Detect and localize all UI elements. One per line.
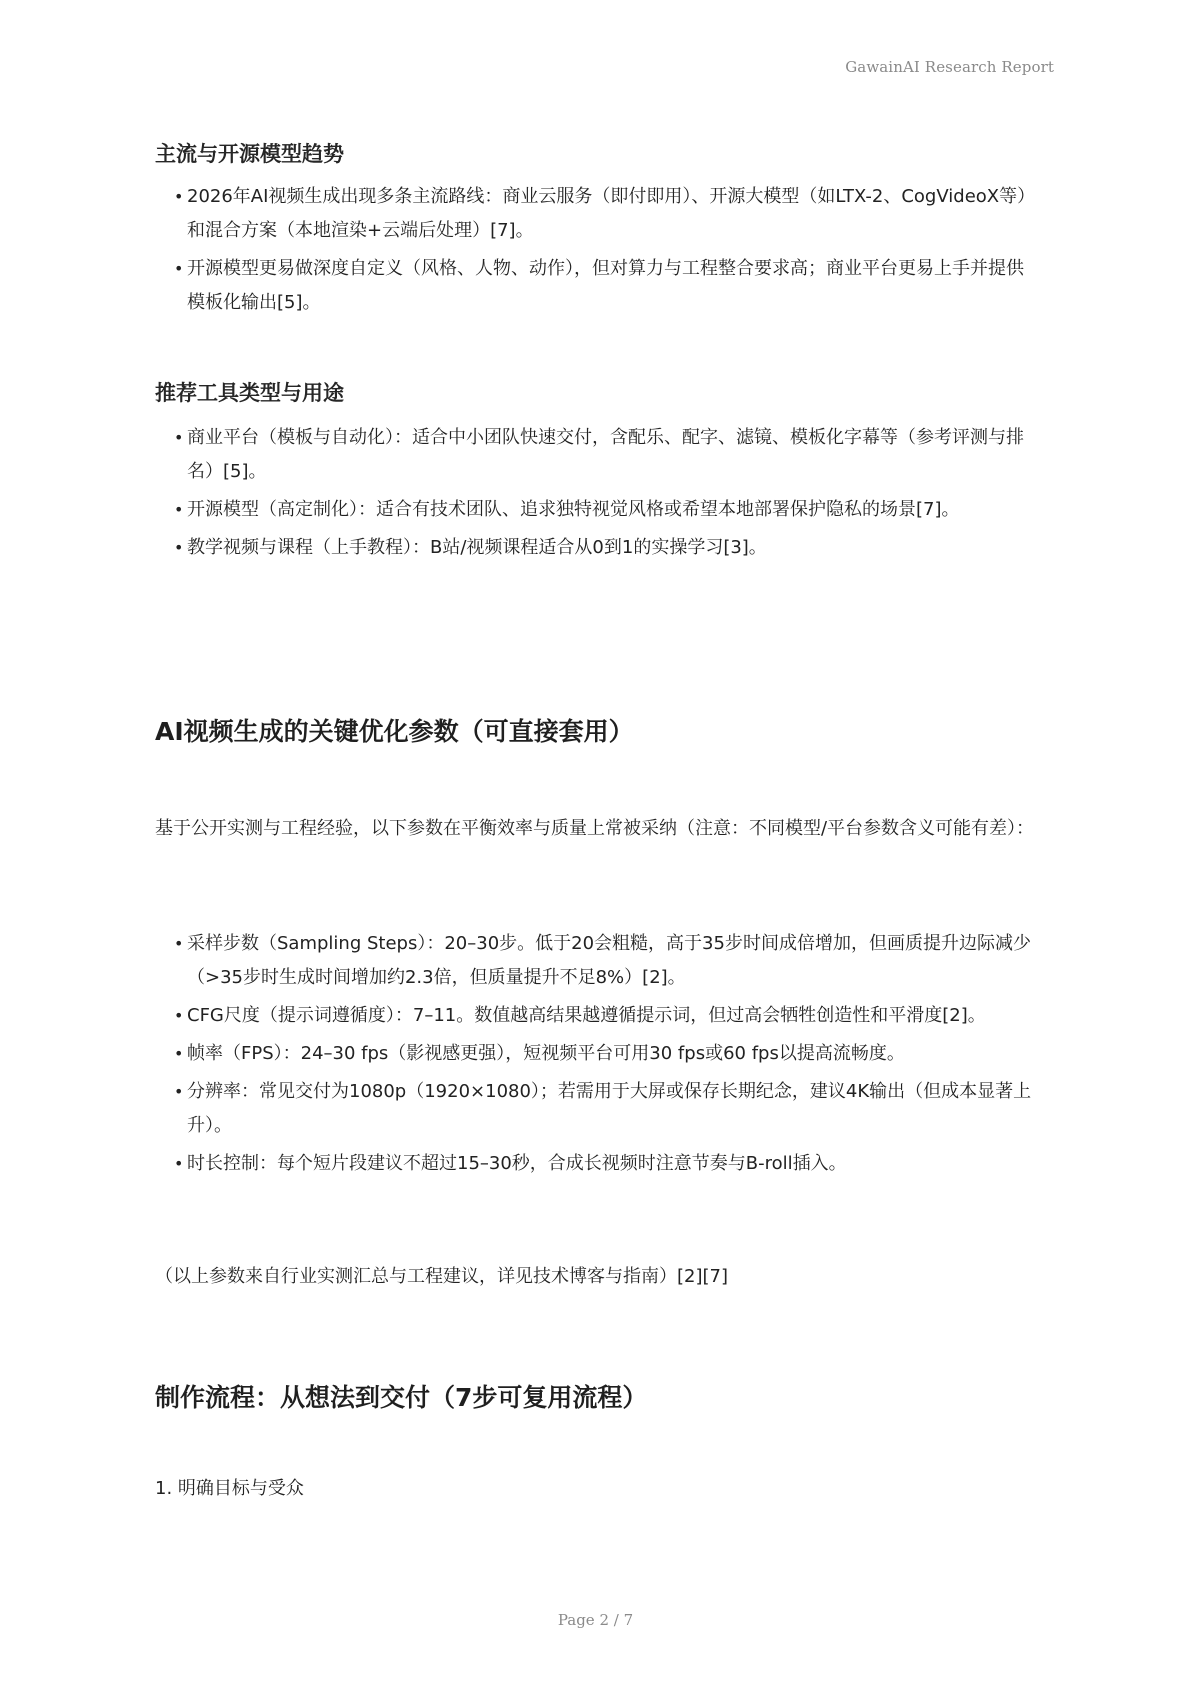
list-item: •分辨率：常见交付为1080p（1920×1080）；若需用于大屏或保存长期纪念… [155,1075,1035,1143]
bullet-icon: • [174,180,183,214]
running-header: GawainAI Research Report [845,58,1054,76]
bullet-icon: • [174,927,183,961]
list-item: •2026年AI视频生成出现多条主流路线：商业云服务（即付即用）、开源大模型（如… [155,180,1035,248]
list-item: •CFG尺度（提示词遵循度）：7–11。数值越高结果越遵循提示词，但过高会牺牲创… [155,999,1035,1033]
bullet-icon: • [174,1037,183,1071]
bullet-icon: • [174,999,183,1033]
section-heading-tools: 推荐工具类型与用途 [155,377,344,407]
workflow-step-1: 1. 明确目标与受众 [155,1472,1035,1506]
list-item: •采样步数（Sampling Steps）：20–30步。低于20会粗糙，高于3… [155,927,1035,995]
bullet-icon: • [174,493,183,527]
list-item: •帧率（FPS）：24–30 fps（影视感更强），短视频平台可用30 fps或… [155,1037,1035,1071]
section-heading-params: AI视频生成的关键优化参数（可直接套用） [155,712,634,748]
params-list: •采样步数（Sampling Steps）：20–30步。低于20会粗糙，高于3… [155,927,1035,1185]
bullet-icon: • [174,1075,183,1109]
bullet-icon: • [174,1147,183,1181]
page-number: Page 2 / 7 [0,1611,1191,1629]
bullet-icon: • [174,421,183,455]
tools-list: •商业平台（模板与自动化）：适合中小团队快速交付，含配乐、配字、滤镜、模板化字幕… [155,421,1035,569]
list-item: •商业平台（模板与自动化）：适合中小团队快速交付，含配乐、配字、滤镜、模板化字幕… [155,421,1035,489]
section-heading-workflow: 制作流程：从想法到交付（7步可复用流程） [155,1378,647,1414]
bullet-icon: • [174,252,183,286]
list-item: •开源模型更易做深度自定义（风格、人物、动作），但对算力与工程整合要求高；商业平… [155,252,1035,320]
trends-list: •2026年AI视频生成出现多条主流路线：商业云服务（即付即用）、开源大模型（如… [155,180,1035,324]
list-item: •开源模型（高定制化）：适合有技术团队、追求独特视觉风格或希望本地部署保护隐私的… [155,493,1035,527]
list-item: •教学视频与课程（上手教程）：B站/视频课程适合从0到1的实操学习[3]。 [155,531,1035,565]
list-item: •时长控制：每个短片段建议不超过15–30秒，合成长视频时注意节奏与B-roll… [155,1147,1035,1181]
section-heading-trends: 主流与开源模型趋势 [155,138,344,168]
params-note: （以上参数来自行业实测汇总与工程建议，详见技术博客与指南）[2][7] [155,1260,1035,1294]
bullet-icon: • [174,531,183,565]
params-intro: 基于公开实测与工程经验，以下参数在平衡效率与质量上常被采纳（注意：不同模型/平台… [155,812,1035,846]
